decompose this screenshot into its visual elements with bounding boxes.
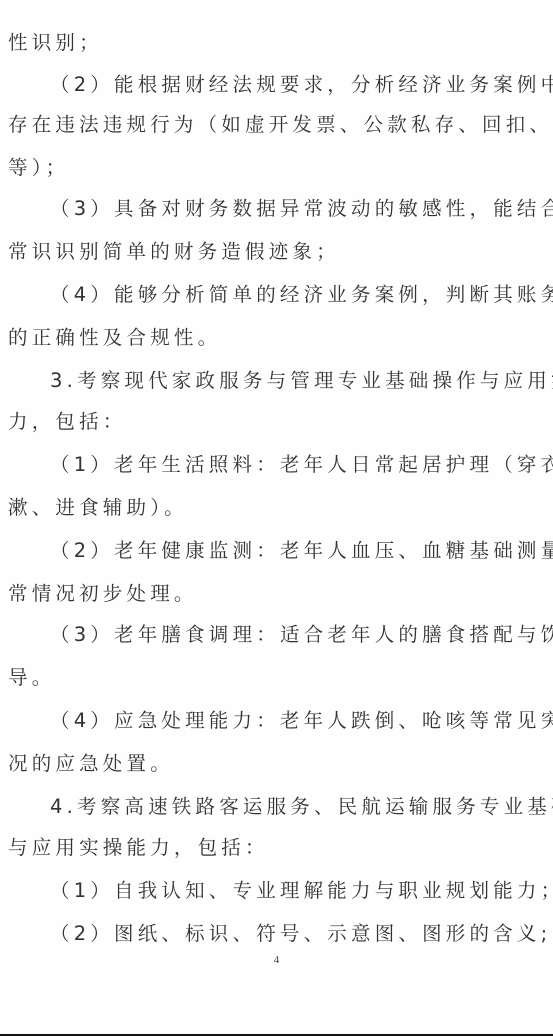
text-line: （4）应急处理能力：老年人跌倒、呛咳等常见突发情 (50, 706, 553, 736)
text-line: 常识识别简单的财务造假迹象； (8, 237, 548, 267)
text-line: （2）能根据财经法规要求，分析经济业务案例中是否 (50, 70, 553, 100)
text-line: （3）老年膳食调理：适合老年人的膳食搭配与饮食指 (50, 620, 553, 650)
text-line: （1）老年生活照料：老年人日常起居护理（穿衣、洗 (50, 450, 553, 480)
text-line: 3.考察现代家政服务与管理专业基础操作与应用实操能 (50, 366, 553, 396)
text-line: 况的应急处置。 (8, 749, 548, 779)
text-line: 的正确性及合规性。 (8, 323, 548, 353)
text-line: 漱、进食辅助）。 (8, 493, 548, 523)
text-line: 常情况初步处理。 (8, 579, 548, 609)
text-line: 等）； (8, 153, 548, 183)
document-page: 性识别； （2）能根据财经法规要求，分析经济业务案例中是否 存在违法违规行为（如… (0, 0, 553, 1034)
text-line: （2）老年健康监测：老年人血压、血糖基础测量及异 (50, 536, 553, 566)
text-line: 存在违法违规行为（如虚开发票、公款私存、回扣、做假账 (8, 110, 548, 140)
text-line: （1）自我认知、专业理解能力与职业规划能力； (50, 876, 553, 906)
text-line: 性识别； (8, 28, 548, 58)
text-line: （4）能够分析简单的经济业务案例，判断其账务处理 (50, 280, 553, 310)
text-line: 4.考察高速铁路客运服务、民航运输服务专业基础操作 (50, 792, 553, 822)
text-line: （3）具备对财务数据异常波动的敏感性，能结合行业 (50, 194, 553, 224)
text-line: （2）图纸、标识、符号、示意图、图形的含义; (50, 919, 553, 949)
text-line: 导。 (8, 663, 548, 693)
text-line: 与应用实操能力，包括： (8, 833, 548, 863)
page-number: 4 (0, 954, 553, 966)
text-line: 力，包括： (8, 407, 548, 437)
